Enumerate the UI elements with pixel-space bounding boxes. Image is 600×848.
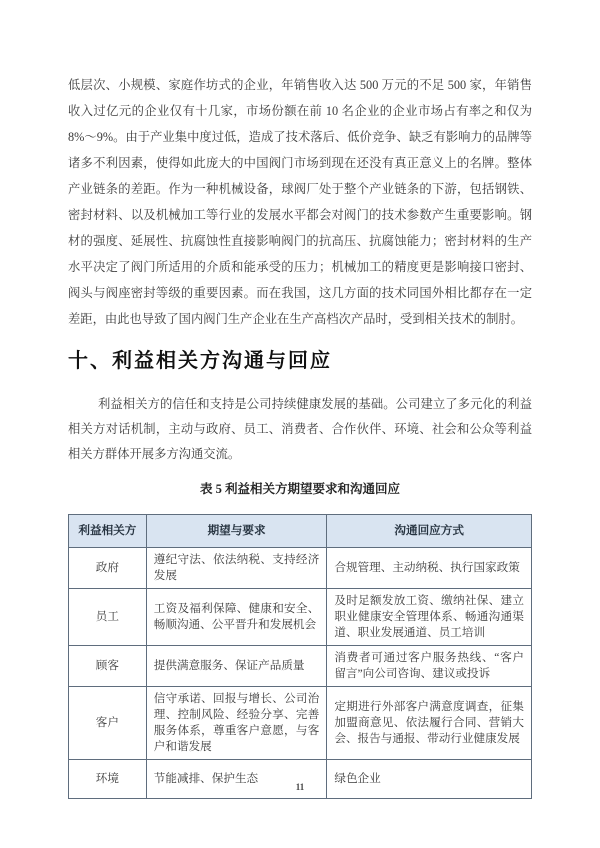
stakeholder-table: 利益相关方 期望与要求 沟通回应方式 政府 遵纪守法、依法纳税、支持经济发展 合… — [68, 514, 532, 799]
cell-response: 及时足额发放工资、缴纳社保、建立职业健康安全管理体系、畅通沟通渠道、职业发展通道… — [327, 589, 532, 646]
cell-expectations: 信守承诺、回报与增长、公司治理、控制风险、经验分享、完善服务体系，尊重客户意愿，… — [146, 687, 327, 760]
cell-expectations: 提供满意服务、保证产品质量 — [146, 646, 327, 687]
column-header-expectations: 期望与要求 — [146, 515, 327, 548]
cell-response: 合规管理、主动纳税、执行国家政策 — [327, 548, 532, 589]
cell-response: 消费者可通过客户服务热线、“客户留言”向公司咨询、建议或投诉 — [327, 646, 532, 687]
page-content: 低层次、小规模、家庭作坊式的企业，年销售收入达 500 万元的不足 500 家，… — [68, 0, 532, 799]
table-row-customers: 客户 信守承诺、回报与增长、公司治理、控制风险、经验分享、完善服务体系，尊重客户… — [69, 687, 532, 760]
cell-stakeholder: 员工 — [69, 589, 147, 646]
column-header-response: 沟通回应方式 — [327, 515, 532, 548]
body-paragraph-intro: 利益相关方的信任和支持是公司持续健康发展的基础。公司建立了多元化的利益相关方对话… — [68, 392, 532, 467]
table-row-consumers: 顾客 提供满意服务、保证产品质量 消费者可通过客户服务热线、“客户留言”向公司咨… — [69, 646, 532, 687]
cell-expectations: 工资及福利保障、健康和安全、畅顺沟通、公平晋升和发展机会 — [146, 589, 327, 646]
section-heading: 十、利益相关方沟通与回应 — [68, 348, 532, 374]
cell-expectations: 节能减排、保护生态 — [146, 760, 327, 799]
document-page: 低层次、小规模、家庭作坊式的企业，年销售收入达 500 万元的不足 500 家，… — [0, 0, 600, 848]
cell-stakeholder: 顾客 — [69, 646, 147, 687]
table-caption: 表 5 利益相关方期望要求和沟通回应 — [68, 480, 532, 498]
table-row-environment: 环境 节能减排、保护生态 绿色企业 — [69, 760, 532, 799]
page-number: 11 — [0, 782, 600, 792]
cell-response: 定期进行外部客户满意度调查，征集加盟商意见、依法履行合同、营销大会、报告与通报、… — [327, 687, 532, 760]
table-row-employees: 员工 工资及福利保障、健康和安全、畅顺沟通、公平晋升和发展机会 及时足额发放工资… — [69, 589, 532, 646]
cell-expectations: 遵纪守法、依法纳税、支持经济发展 — [146, 548, 327, 589]
body-paragraph-continuation: 低层次、小规模、家庭作坊式的企业，年销售收入达 500 万元的不足 500 家，… — [68, 0, 532, 332]
table-header-row: 利益相关方 期望与要求 沟通回应方式 — [69, 515, 532, 548]
cell-stakeholder: 客户 — [69, 687, 147, 760]
cell-response: 绿色企业 — [327, 760, 532, 799]
cell-stakeholder: 环境 — [69, 760, 147, 799]
cell-stakeholder: 政府 — [69, 548, 147, 589]
table-row-government: 政府 遵纪守法、依法纳税、支持经济发展 合规管理、主动纳税、执行国家政策 — [69, 548, 532, 589]
column-header-stakeholder: 利益相关方 — [69, 515, 147, 548]
